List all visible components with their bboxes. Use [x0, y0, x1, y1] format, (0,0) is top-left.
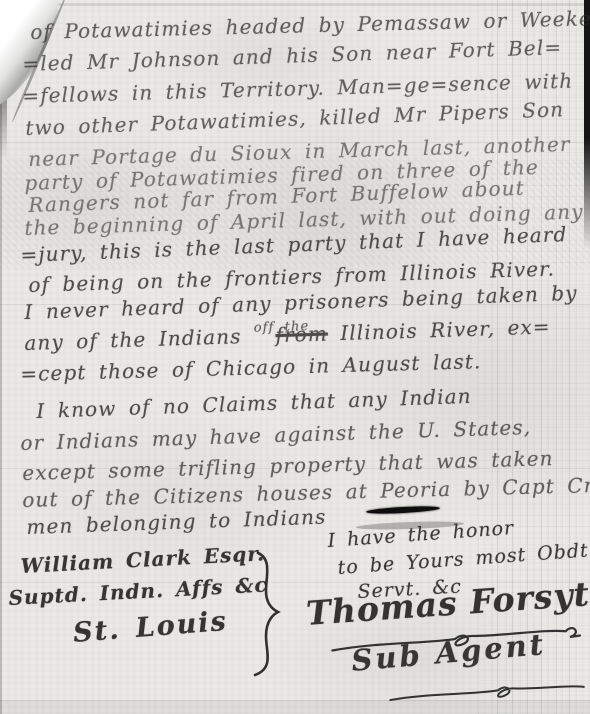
line-text: any of the Indians [24, 324, 254, 355]
recipient-name: William Clark Esqr. [20, 541, 265, 578]
scan-top-streak [0, 3, 590, 6]
recipient-city: St. Louis [72, 606, 229, 649]
inserted-word: off the [253, 319, 309, 336]
scanned-letter-page: of Potawatimies headed by Pemassaw or We… [0, 0, 590, 714]
scan-bottom-band [0, 700, 590, 714]
letter-line: =cept those of Chicago in August last. [20, 349, 482, 386]
ink-smudge [366, 505, 440, 515]
letter-line: I know of no Claims that any Indian [36, 384, 472, 423]
recipient-title: Suptd. Indn. Affs &c [8, 572, 268, 610]
address-brace [250, 550, 284, 678]
